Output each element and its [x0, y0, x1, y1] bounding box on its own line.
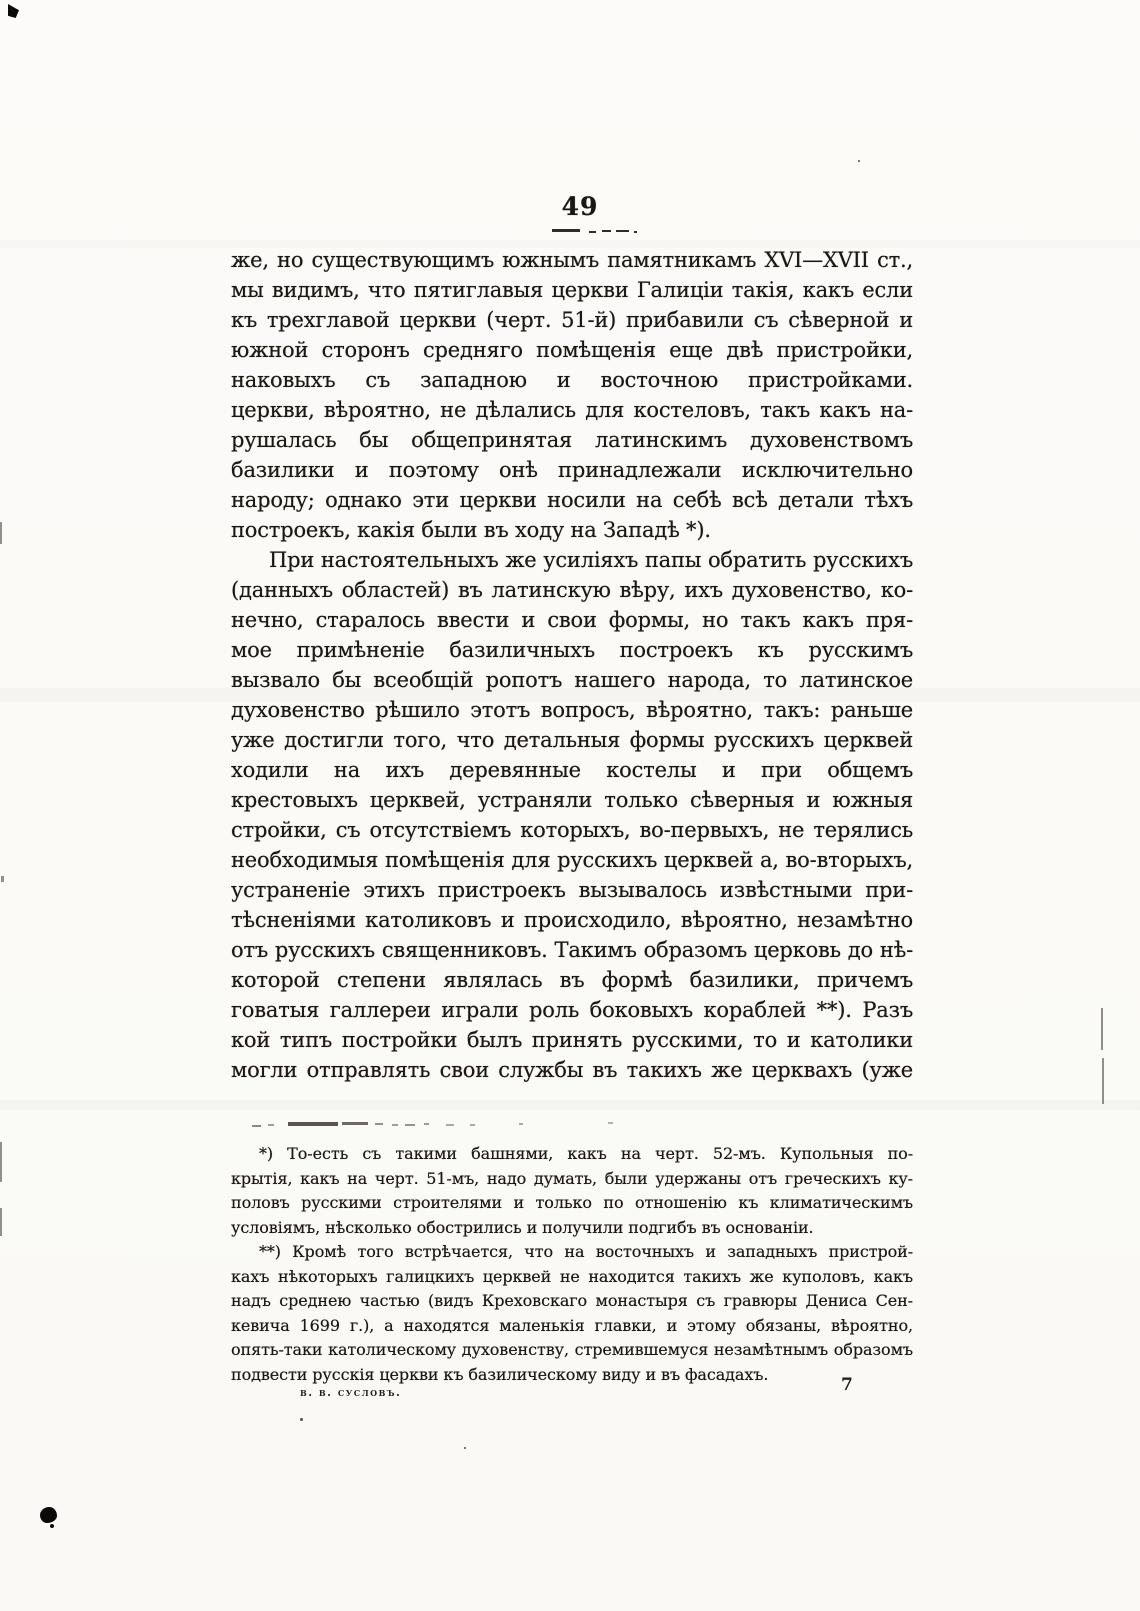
text-line: кахъ нѣкоторыхъ галицкихъ церквей не нах… [231, 1265, 913, 1290]
footnote-separator [424, 1123, 429, 1125]
paragraph: При настоятельныхъ же усиліяхъ папы обра… [231, 545, 913, 1085]
footer-author: в. в. сусловъ. [300, 1386, 401, 1399]
footnote: *) То-есть съ такими башнями, какъ на че… [231, 1142, 913, 1240]
edge-mark [0, 522, 2, 544]
ink-blot [8, 4, 19, 18]
text-line: мое примѣненіе базиличныхъ построекъ къ … [231, 635, 913, 665]
ink-speck [50, 1524, 54, 1528]
text-line: къ трехглавой церкви (черт. 51-й) прибав… [231, 305, 913, 335]
page-number-rule [602, 230, 611, 232]
text-line: говатыя галлереи играли роль боковыхъ ко… [231, 995, 913, 1025]
footnote-separator [405, 1124, 415, 1126]
text-line: крытія, какъ на черт. 51-мъ, надо думать… [231, 1167, 913, 1192]
edge-mark [0, 1142, 2, 1182]
text-line: ходили на ихъ деревянные костелы и при о… [231, 755, 913, 785]
page-number-rule [552, 229, 580, 232]
text-line: уже достигли того, что детальныя формы р… [231, 725, 913, 755]
footnotes: *) То-есть съ такими башнями, какъ на че… [231, 1142, 913, 1387]
text-line: отъ русскихъ священниковъ. Такимъ образо… [231, 935, 913, 965]
page-number-rule [634, 231, 637, 233]
text-line: наковыхъ съ западною и восточною пристро… [231, 365, 913, 395]
paragraph: же, но существующимъ южнымъ памятникамъ … [231, 245, 913, 545]
page-number-rule [589, 231, 596, 233]
ink-blot [40, 1507, 57, 1523]
text-line: базилики и поэтому онѣ принадлежали искл… [231, 455, 913, 485]
text-line: При настоятельныхъ же усиліяхъ папы обра… [231, 545, 913, 575]
text-line: подвести русскія церкви къ базилическому… [231, 1363, 913, 1388]
edge-mark [0, 1208, 2, 1236]
footnote-separator [288, 1122, 338, 1126]
text-line: стройки, съ отсутствіемъ которыхъ, во-пе… [231, 815, 913, 845]
text-line: надъ среднею частью (видъ Креховскаго мо… [231, 1289, 913, 1314]
text-line: вызвало бы всеобщій ропотъ нашего народа… [231, 665, 913, 695]
ink-speck [464, 1447, 466, 1449]
text-line: церкви, вѣроятно, не дѣлались для костел… [231, 395, 913, 425]
text-line: кой типъ постройки былъ принять русскими… [231, 1025, 913, 1055]
book-page: 49 же, но существующимъ южнымъ памятника… [0, 0, 1140, 1611]
text-line: **) Кромѣ того встрѣчается, что на восто… [231, 1240, 913, 1265]
edge-mark [1101, 1008, 1103, 1050]
footnote-separator [470, 1124, 475, 1126]
text-line: условіямъ, нѣсколько обострились и получ… [231, 1216, 913, 1241]
page-number-rule [616, 230, 629, 232]
text-line: народу; однако эти церкви носили на себѣ… [231, 485, 913, 515]
ink-speck [300, 1418, 303, 1421]
text-line: крестовыхъ церквей, устраняли только сѣв… [231, 785, 913, 815]
text-line: (данныхъ областей) въ латинскую вѣру, их… [231, 575, 913, 605]
scan-streak [0, 1100, 1140, 1110]
text-line: южной сторонъ средняго помѣщенія еще двѣ… [231, 335, 913, 365]
footnote-separator [392, 1124, 398, 1126]
text-line: тѣсненіями католиковъ и происходило, вѣр… [231, 905, 913, 935]
text-line: необходимыя помѣщенія для русскихъ церкв… [231, 845, 913, 875]
text-line: же, но существующимъ южнымъ памятникамъ … [231, 245, 913, 275]
text-line: построекъ, какія были въ ходу на Западѣ … [231, 515, 913, 545]
text-line: мы видимъ, что пятиглавыя церкви Галиціи… [231, 275, 913, 305]
text-line: рушалась бы общепринятая латинскимъ духо… [231, 425, 913, 455]
text-line: *) То-есть съ такими башнями, какъ на че… [231, 1142, 913, 1167]
text-line: нечно, старалось ввести и свои формы, но… [231, 605, 913, 635]
footnote-separator [342, 1122, 368, 1125]
edge-mark [1, 876, 4, 882]
text-line: половъ русскими строителями и только по … [231, 1191, 913, 1216]
text-line: которой степени являлась въ формѣ базили… [231, 965, 913, 995]
page-number: 49 [540, 192, 620, 221]
main-text: же, но существующимъ южнымъ памятникамъ … [231, 245, 913, 1085]
ink-speck [858, 160, 860, 162]
text-line: кевича 1699 г.), а находятся маленькія г… [231, 1314, 913, 1339]
footnote: **) Кромѣ того встрѣчается, что на восто… [231, 1240, 913, 1387]
text-line: могли отправлять свои службы въ такихъ ж… [231, 1055, 913, 1085]
footnote-separator [252, 1125, 261, 1127]
footnote-separator [268, 1124, 274, 1126]
page-signature: 7 [841, 1375, 853, 1395]
footnote-separator [608, 1122, 613, 1124]
text-line: устраненіе этихъ пристроекъ вызывалось и… [231, 875, 913, 905]
text-line: духовенство рѣшило этотъ вопросъ, вѣроят… [231, 695, 913, 725]
footnote-separator [446, 1124, 454, 1126]
footnote-separator [375, 1123, 383, 1125]
edge-mark [1102, 1058, 1104, 1104]
footnote-separator [519, 1123, 523, 1125]
text-line: опять-таки католическому духовенству, ст… [231, 1338, 913, 1363]
